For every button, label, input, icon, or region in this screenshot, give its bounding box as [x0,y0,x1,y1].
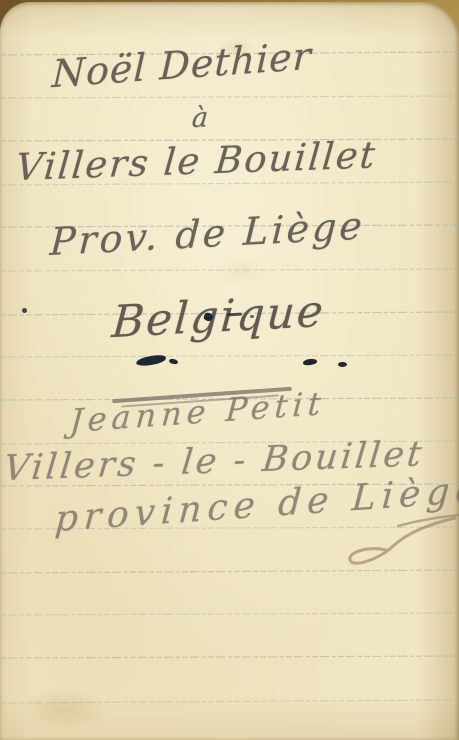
paper-stain [20,688,110,730]
ink-blot [338,362,347,367]
notebook-page: Noël Dethier à Villers le Bouillet Prov.… [0,2,459,740]
handwritten-line-preposition: à [191,102,209,134]
paper-stain [210,257,270,287]
ink-speck [250,315,254,318]
ink-speck [22,308,27,313]
ruled-lines [0,2,459,740]
photo-background: { "note": { "description": "Handwritten … [0,0,459,740]
